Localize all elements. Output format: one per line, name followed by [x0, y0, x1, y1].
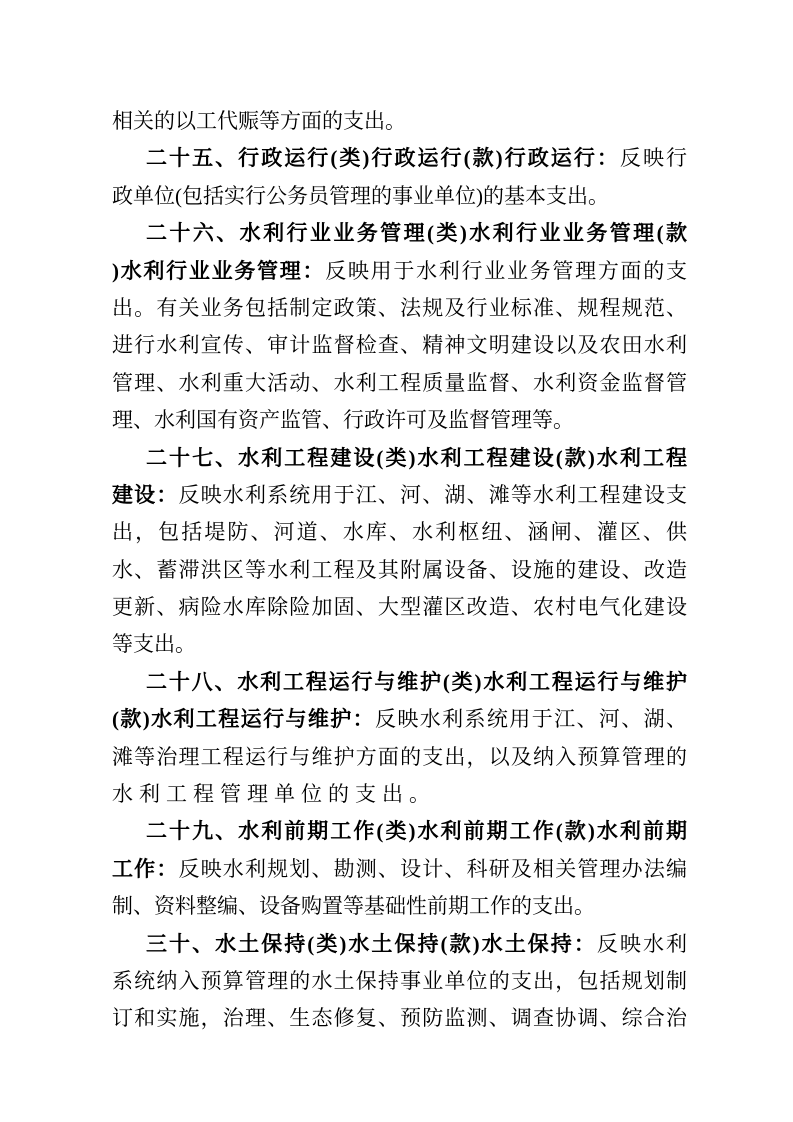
heading-bold-run: 二十八、水利工程运行与维护(类)水利工程运行与维护: [146, 670, 687, 694]
body-text-run: 出。有关业务包括制定政策、法规及行业标准、规程规范、: [112, 296, 687, 320]
body-text-run: 反映水利规划、勘测、设计、科研及相关管理办法编: [178, 857, 687, 881]
heading-bold-run: 二十五、行政运行(类)行政运行(款)行政运行：: [146, 146, 620, 170]
text-line: )水利行业业务管理：反映用于水利行业业务管理方面的支: [112, 253, 687, 290]
document-page: 相关的以工代赈等方面的支出。 二十五、行政运行(类)行政运行(款)行政运行：反映…: [0, 0, 793, 1122]
body-text-run: 水利工程管理单位的支出。: [112, 782, 436, 806]
text-line: 出。有关业务包括制定政策、法规及行业标准、规程规范、: [112, 290, 687, 327]
body-text-run: 反映水利系统用于江、河、湖、: [375, 707, 687, 731]
paragraph-item-25: 二十五、行政运行(类)行政运行(款)行政运行：反映行 政单位(包括实行公务员管理…: [112, 140, 687, 215]
text-line: 二十八、水利工程运行与维护(类)水利工程运行与维护: [112, 664, 687, 701]
text-line: 相关的以工代赈等方面的支出。: [112, 103, 687, 140]
paragraph-continuation: 相关的以工代赈等方面的支出。: [112, 103, 687, 140]
body-text-run: 反映水利: [597, 932, 687, 956]
text-line: 二十六、水利行业业务管理(类)水利行业业务管理(款: [112, 215, 687, 252]
body-text-run: 水、蓄滞洪区等水利工程及其附属设备、设施的建设、改造: [112, 558, 687, 582]
text-line: 建设：反映水利系统用于江、河、湖、滩等水利工程建设支: [112, 477, 687, 514]
text-line: 制、资料整编、设备购置等基础性前期工作的支出。: [112, 888, 687, 925]
text-line: 二十七、水利工程建设(类)水利工程建设(款)水利工程: [112, 440, 687, 477]
heading-bold-run: )水利行业业务管理：: [112, 259, 325, 283]
text-line: 订和实施，治理、生态修复、预防监测、调查协调、综合治: [112, 1000, 687, 1037]
paragraph-item-28: 二十八、水利工程运行与维护(类)水利工程运行与维护 (款)水利工程运行与维护：反…: [112, 664, 687, 814]
paragraph-item-26: 二十六、水利行业业务管理(类)水利行业业务管理(款 )水利行业业务管理：反映用于…: [112, 215, 687, 439]
body-text-run: 反映用于水利行业业务管理方面的支: [325, 259, 687, 283]
heading-bold-run: 三十、水土保持(类)水土保持(款)水土保持：: [146, 932, 597, 956]
body-text-run: 系统纳入预算管理的水土保持事业单位的支出，包括规划制: [112, 969, 687, 993]
body-text-run: 订和实施，治理、生态修复、预防监测、调查协调、综合治: [112, 1006, 687, 1030]
text-line: 更新、病险水库除险加固、大型灌区改造、农村电气化建设: [112, 589, 687, 626]
text-line: 二十五、行政运行(类)行政运行(款)行政运行：反映行: [112, 140, 687, 177]
text-line: 进行水利宣传、审计监督检查、精神文明建设以及农田水利: [112, 327, 687, 364]
text-line: 管理、水利重大活动、水利工程质量监督、水利资金监督管: [112, 365, 687, 402]
text-line: 等支出。: [112, 626, 687, 663]
paragraph-item-27: 二十七、水利工程建设(类)水利工程建设(款)水利工程 建设：反映水利系统用于江、…: [112, 440, 687, 664]
text-line: 系统纳入预算管理的水土保持事业单位的支出，包括规划制: [112, 963, 687, 1000]
heading-bold-run: (款)水利工程运行与维护：: [112, 707, 375, 731]
heading-bold-run: 工作：: [112, 857, 178, 881]
text-line: (款)水利工程运行与维护：反映水利系统用于江、河、湖、: [112, 701, 687, 738]
body-text-run: 反映行: [620, 146, 687, 170]
body-text-run: 更新、病险水库除险加固、大型灌区改造、农村电气化建设: [112, 595, 687, 619]
body-text-run: 相关的以工代赈等方面的支出。: [112, 109, 406, 133]
text-line: 出，包括堤防、河道、水库、水利枢纽、涵闸、灌区、供: [112, 514, 687, 551]
text-line: 水、蓄滞洪区等水利工程及其附属设备、设施的建设、改造: [112, 552, 687, 589]
heading-bold-run: 二十七、水利工程建设(类)水利工程建设(款)水利工程: [146, 446, 687, 470]
text-line: 滩等治理工程运行与维护方面的支出，以及纳入预算管理的: [112, 739, 687, 776]
heading-bold-run: 二十六、水利行业业务管理(类)水利行业业务管理(款: [146, 221, 687, 245]
text-line: 工作：反映水利规划、勘测、设计、科研及相关管理办法编: [112, 851, 687, 888]
paragraph-item-29: 二十九、水利前期工作(类)水利前期工作(款)水利前期 工作：反映水利规划、勘测、…: [112, 813, 687, 925]
paragraph-item-30: 三十、水土保持(类)水土保持(款)水土保持：反映水利 系统纳入预算管理的水土保持…: [112, 926, 687, 1038]
text-line: 理、水利国有资产监管、行政许可及监督管理等。: [112, 402, 687, 439]
body-text-run: 进行水利宣传、审计监督检查、精神文明建设以及农田水利: [112, 333, 687, 357]
body-text-run: 管理、水利重大活动、水利工程质量监督、水利资金监督管: [112, 371, 687, 395]
body-text-run: 反映水利系统用于江、河、湖、滩等水利工程建设支: [178, 483, 687, 507]
text-line: 水利工程管理单位的支出。: [112, 776, 687, 813]
text-content: 相关的以工代赈等方面的支出。 二十五、行政运行(类)行政运行(款)行政运行：反映…: [112, 103, 687, 1038]
body-text-run: 等支出。: [112, 632, 196, 656]
body-text-run: 制、资料整编、设备购置等基础性前期工作的支出。: [112, 894, 595, 918]
body-text-run: 理、水利国有资产监管、行政许可及监督管理等。: [112, 408, 574, 432]
body-text-run: 滩等治理工程运行与维护方面的支出，以及纳入预算管理的: [112, 745, 687, 769]
text-line: 二十九、水利前期工作(类)水利前期工作(款)水利前期: [112, 813, 687, 850]
body-text-run: 出，包括堤防、河道、水库、水利枢纽、涵闸、灌区、供: [112, 520, 687, 544]
text-line: 三十、水土保持(类)水土保持(款)水土保持：反映水利: [112, 926, 687, 963]
heading-bold-run: 建设：: [112, 483, 178, 507]
heading-bold-run: 二十九、水利前期工作(类)水利前期工作(款)水利前期: [146, 819, 687, 843]
text-line: 政单位(包括实行公务员管理的事业单位)的基本支出。: [112, 178, 687, 215]
body-text-run: 政单位(包括实行公务员管理的事业单位)的基本支出。: [112, 184, 609, 208]
